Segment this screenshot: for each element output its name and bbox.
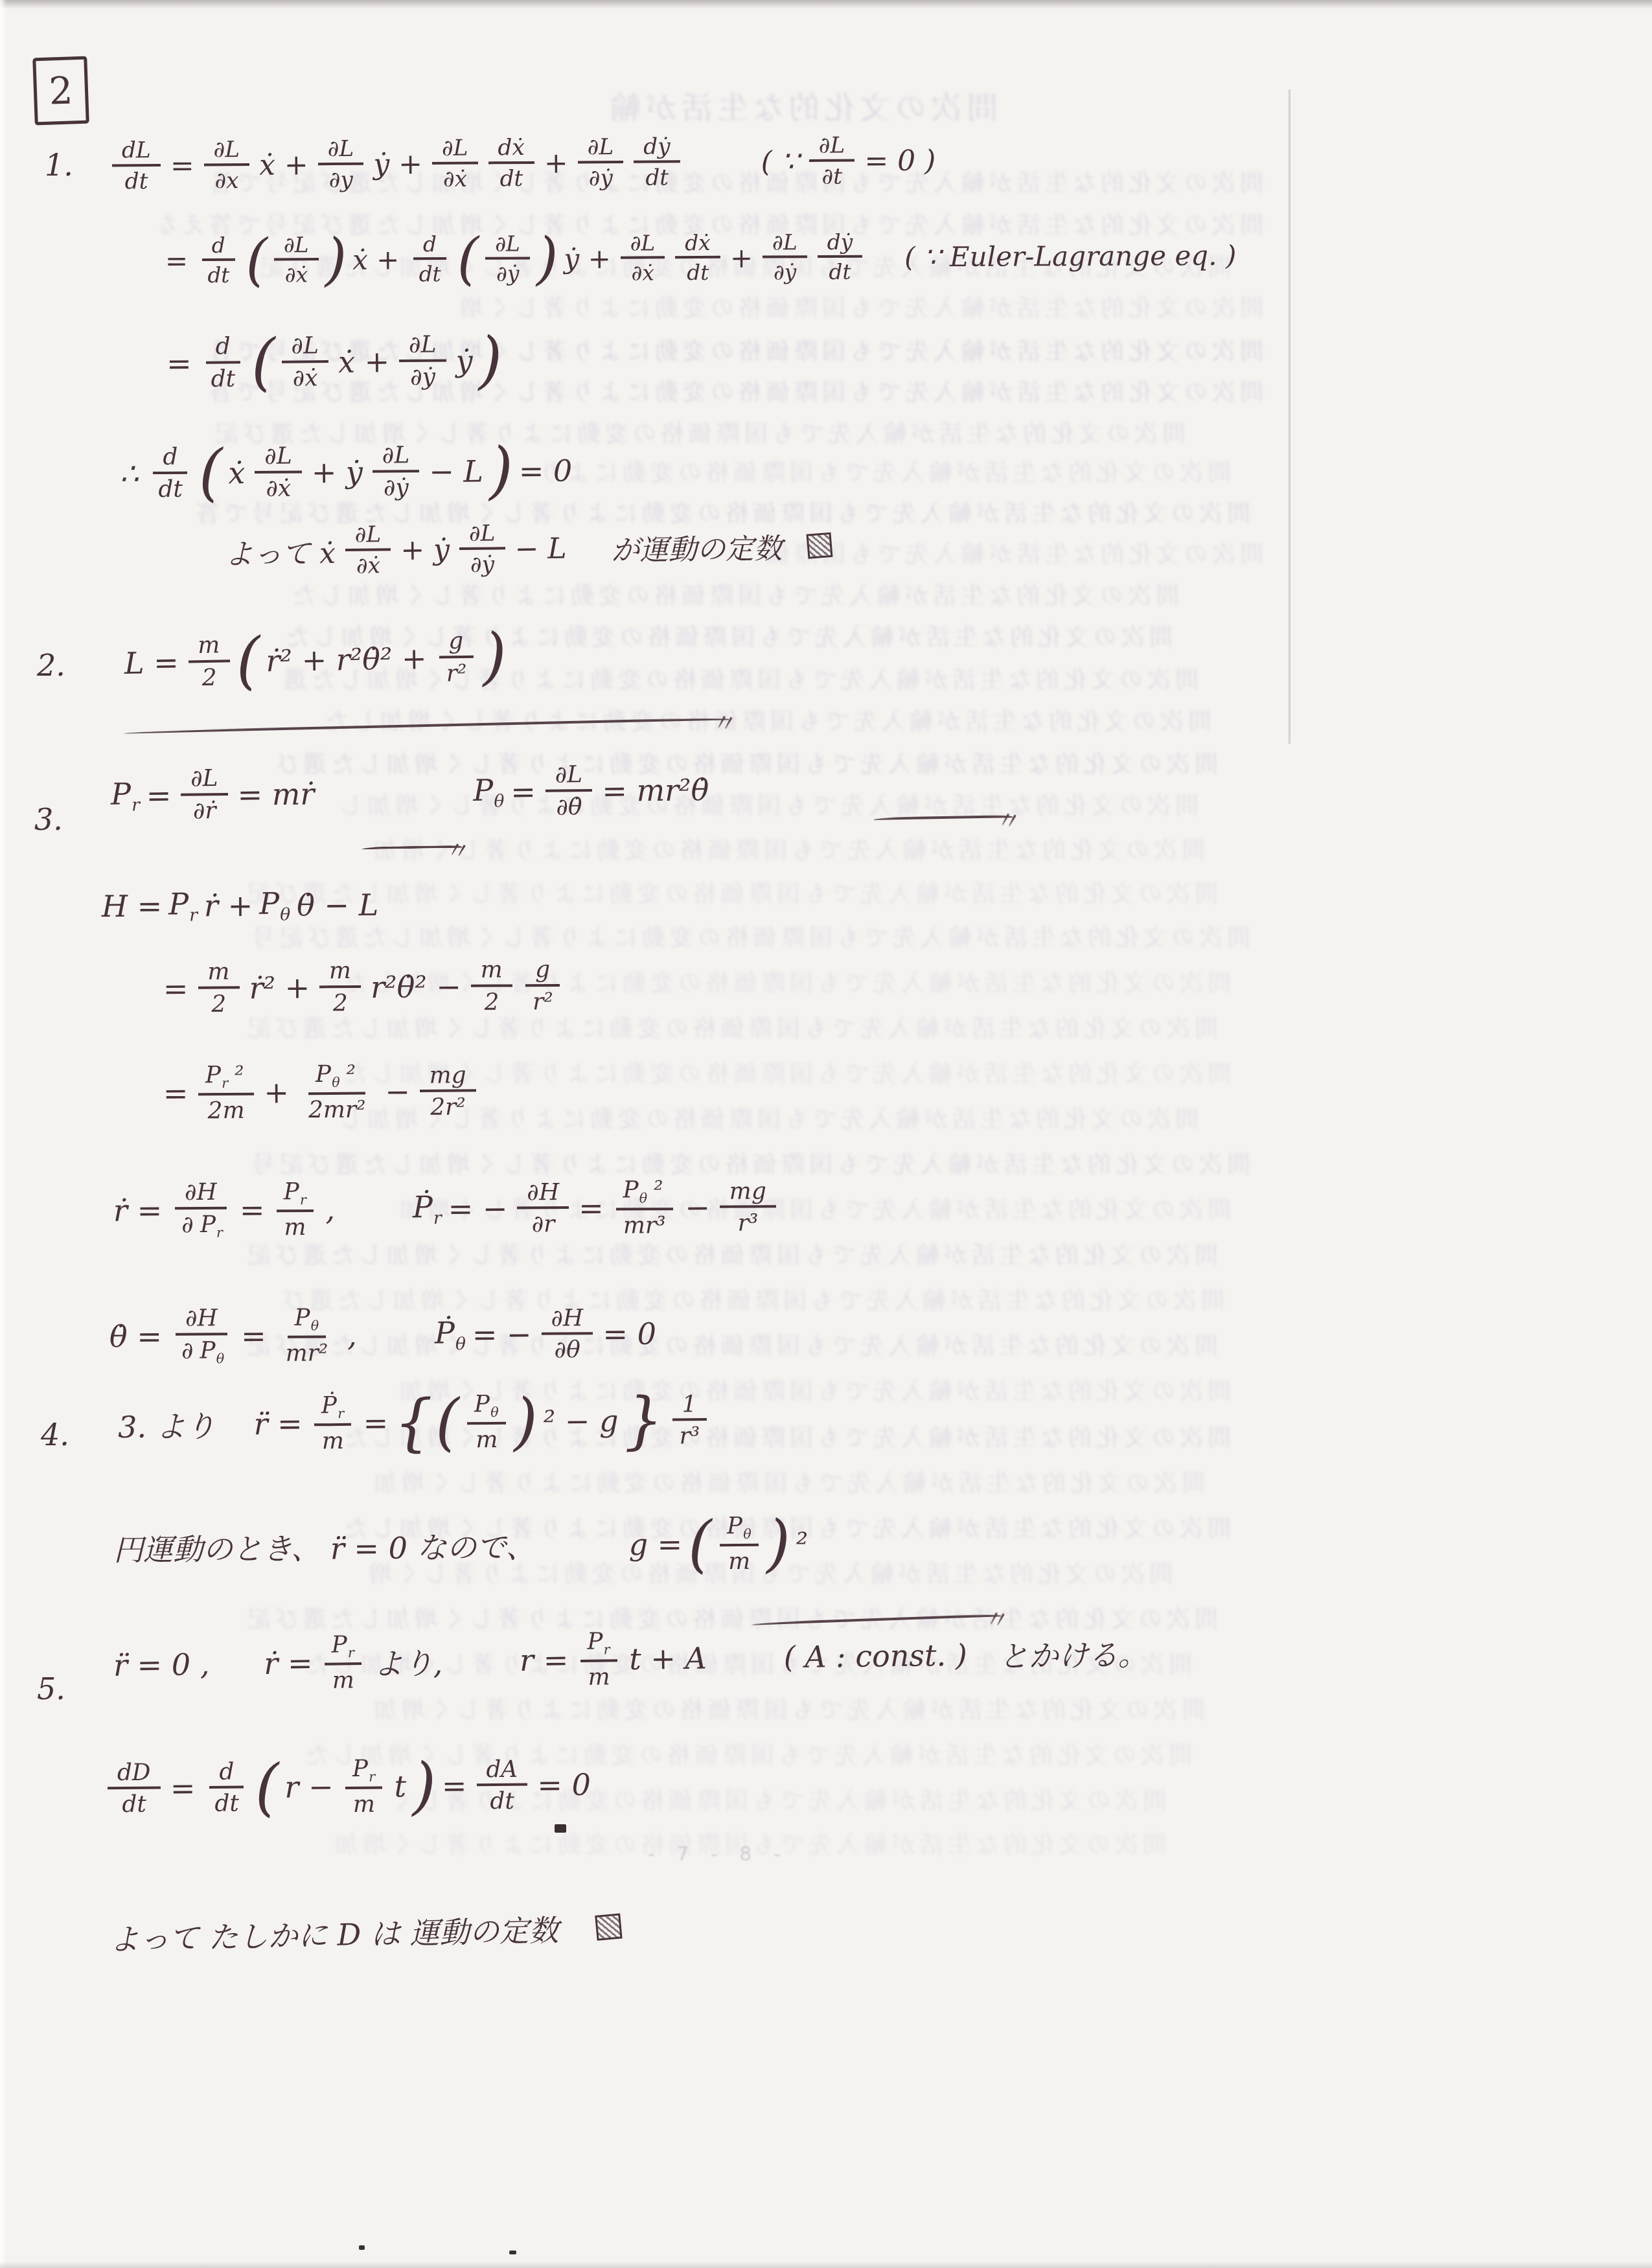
subscript: r bbox=[216, 1225, 223, 1241]
numerator: ∂L bbox=[345, 523, 391, 551]
text: mr³ bbox=[623, 1213, 666, 1238]
numerator: Pr bbox=[324, 1632, 361, 1666]
text: m bbox=[198, 634, 220, 658]
text: ∂L bbox=[819, 134, 845, 157]
text: = bbox=[241, 1318, 266, 1353]
text: ∂L bbox=[328, 137, 354, 161]
denominator: dt bbox=[409, 260, 450, 286]
text: ∂ẏ bbox=[496, 263, 520, 286]
denominator: ∂θ̇ bbox=[546, 792, 592, 819]
text: ( ∵ Euler-Lagrange eq. ) bbox=[904, 240, 1236, 273]
subscript: θ bbox=[280, 905, 290, 925]
spacer bbox=[447, 1661, 515, 1662]
scan-speck bbox=[555, 1824, 566, 1833]
text: ∂L bbox=[382, 443, 410, 468]
text: r³ bbox=[738, 1211, 759, 1236]
text: = bbox=[163, 971, 189, 1006]
text: = mr²θ̇ bbox=[602, 772, 709, 808]
denominator: ∂x bbox=[205, 166, 248, 192]
bracket: ) bbox=[412, 1761, 436, 1811]
denominator: dt bbox=[480, 1786, 524, 1814]
scan-speck bbox=[359, 2245, 365, 2250]
subscripted-symbol: Pr bbox=[200, 1212, 223, 1240]
text: t + A bbox=[629, 1641, 707, 1677]
fraction: ∂L∂ẏ bbox=[485, 233, 530, 285]
equation-line: L =m2(ṙ² + r²θ̇² +gr²) bbox=[119, 628, 508, 692]
fraction: ∂L∂θ̇ bbox=[545, 762, 593, 819]
item-number-label: 3. bbox=[30, 802, 67, 837]
text: d bbox=[219, 1759, 234, 1784]
numerator: d bbox=[153, 445, 187, 474]
text: 2mr² bbox=[308, 1098, 366, 1123]
subscripted-symbol: Ṗθ bbox=[435, 1316, 466, 1355]
text: 円運動のとき、 r̈ = 0 なので、 bbox=[113, 1524, 536, 1570]
fraction: ∂H∂Pθ bbox=[172, 1306, 232, 1366]
text: = bbox=[511, 774, 536, 809]
fraction: dAdt bbox=[476, 1757, 528, 1814]
numerator: ∂H bbox=[517, 1180, 569, 1209]
numerator: ∂L bbox=[763, 231, 807, 258]
bracket: ( bbox=[688, 1519, 712, 1569]
bleedthrough-text: 問次の文化的な生活が輸 bbox=[583, 83, 998, 128]
fraction: ∂L∂ẋ bbox=[274, 234, 319, 286]
numerator: Pθ bbox=[720, 1514, 759, 1546]
spacer bbox=[214, 1664, 259, 1664]
fraction: ∂L∂ẏ bbox=[399, 332, 446, 389]
text: − L bbox=[429, 453, 483, 489]
text: ∂ẋ bbox=[356, 554, 380, 577]
fraction: dLdt bbox=[112, 139, 161, 194]
text: ∂L bbox=[442, 137, 468, 160]
subscript: θ bbox=[332, 1075, 340, 1090]
text: dD bbox=[117, 1760, 151, 1785]
text: ∂L bbox=[190, 766, 218, 791]
text: dt bbox=[419, 263, 441, 286]
text: ∂L bbox=[213, 138, 240, 161]
text: ẋ bbox=[228, 455, 245, 490]
numerator: ∂L bbox=[459, 521, 505, 550]
spacer bbox=[685, 162, 757, 163]
fraction: ∂L∂ẋ bbox=[255, 444, 302, 501]
denominator: dt bbox=[819, 258, 860, 284]
fraction: ∂L∂ẋ bbox=[281, 334, 328, 391]
denominator: dt bbox=[198, 261, 239, 287]
text: = 0 ) bbox=[864, 144, 935, 178]
text: m bbox=[588, 1665, 610, 1690]
text: ẋ + bbox=[352, 244, 399, 275]
fraction: Pθm bbox=[718, 1514, 761, 1574]
text: ( ∵ bbox=[761, 145, 800, 178]
text: dt bbox=[211, 367, 236, 391]
denominator: ∂Pr bbox=[172, 1209, 230, 1240]
fraction: ddt bbox=[409, 233, 451, 286]
text: ṙ = bbox=[264, 1645, 313, 1681]
text: ² bbox=[654, 1178, 663, 1202]
numerator: d bbox=[205, 334, 240, 363]
numerator: Pθ² bbox=[615, 1178, 672, 1210]
text: ∂L bbox=[409, 333, 437, 358]
numerator: dẏ bbox=[634, 135, 680, 163]
denominator: ∂t bbox=[812, 161, 852, 188]
problem-number-box: 2 bbox=[32, 56, 89, 126]
fraction: ∂L∂ẏ bbox=[578, 135, 624, 190]
denominator: dt bbox=[148, 474, 192, 501]
spacer bbox=[319, 792, 471, 794]
text: r² bbox=[533, 990, 553, 1014]
text: mg bbox=[729, 1179, 766, 1204]
scan-shadow-bottom bbox=[0, 2262, 1652, 2268]
text: ẏ bbox=[455, 343, 472, 378]
fraction: mg2r² bbox=[420, 1063, 477, 1120]
bleedthrough-text: 問次の文化的な生活が輸入先でも国際価格の変動により著しく増加 bbox=[363, 1692, 1205, 1725]
denominator: ∂θ bbox=[544, 1335, 590, 1363]
fraction: Pθmr² bbox=[275, 1305, 338, 1366]
equation-line: dLdt=∂L∂xẋ +∂L∂yẏ +∂L∂ẋdẋdt+∂L∂ẏdẏdt( ∵∂… bbox=[107, 133, 941, 194]
text: 2 bbox=[485, 990, 499, 1014]
text: r² bbox=[446, 661, 467, 686]
equation-line: よって ẋ∂L∂ẋ+ ẏ∂L∂ẏ− Lが運動の定数 bbox=[220, 518, 832, 579]
denominator: ∂Pθ bbox=[172, 1335, 231, 1366]
text: = bbox=[165, 245, 188, 277]
text: + bbox=[264, 1075, 289, 1110]
text: ∂t bbox=[821, 165, 842, 189]
fraction: 1r³ bbox=[669, 1392, 709, 1449]
text: ( A : const. ) bbox=[783, 1638, 967, 1675]
subscripted-symbol: Pθ bbox=[259, 886, 290, 925]
text: ∂θ̇ bbox=[556, 795, 582, 819]
numerator: ∂L bbox=[809, 133, 855, 162]
subscript: θ bbox=[216, 1351, 225, 1366]
fraction: ddt bbox=[201, 334, 245, 391]
text: ² bbox=[235, 1063, 244, 1088]
text: m bbox=[332, 1668, 354, 1693]
fraction: ∂L∂ẋ bbox=[432, 136, 478, 191]
text: t bbox=[394, 1769, 406, 1804]
scanned-page: 問次の文化的な生活が輸問次の文化的な生活が輸入先でも国際価格の変動により著しく増… bbox=[0, 0, 1652, 2268]
text: ∂ẋ bbox=[266, 476, 291, 501]
text: = bbox=[240, 1193, 265, 1228]
fraction: Prm bbox=[322, 1632, 364, 1693]
text: g bbox=[448, 629, 464, 654]
fraction: Prm bbox=[274, 1180, 316, 1240]
text: H = bbox=[102, 889, 163, 924]
text: ∂L bbox=[284, 234, 309, 257]
text: が運動の定数 bbox=[611, 525, 783, 569]
text: − bbox=[385, 1074, 410, 1109]
text: L = bbox=[124, 645, 179, 680]
page-number: - 7 - 8 - bbox=[648, 1843, 788, 1866]
bleedthrough-text: 問次の文化的な生活が輸入先でも国際価格の変動により著しく増加した選び記号 bbox=[246, 920, 1250, 953]
numerator: ∂L bbox=[274, 234, 319, 261]
subscript: θ bbox=[639, 1191, 648, 1206]
numerator: g bbox=[525, 957, 560, 987]
bracket: { bbox=[394, 1398, 433, 1448]
denominator: ∂ẋ bbox=[275, 260, 318, 286]
text: + bbox=[544, 146, 568, 179]
fraction: Pθm bbox=[466, 1392, 508, 1452]
denominator: ∂ẋ bbox=[621, 259, 664, 285]
fraction: ∂H∂Pr bbox=[172, 1180, 230, 1241]
numerator: Pr² bbox=[198, 1063, 254, 1096]
text: ∂L bbox=[772, 231, 797, 254]
text: ∂H bbox=[551, 1306, 583, 1331]
text: r = bbox=[520, 1643, 569, 1678]
subscript: θ bbox=[490, 1404, 499, 1420]
text: d bbox=[212, 235, 225, 257]
text: とかける。 bbox=[998, 1632, 1148, 1677]
subscript: r bbox=[369, 1769, 375, 1785]
fraction: ∂L∂ẋ bbox=[345, 523, 391, 578]
text: − bbox=[685, 1190, 710, 1225]
text: 5. bbox=[37, 1671, 65, 1706]
numerator: ∂L bbox=[281, 334, 328, 363]
text: ∂L bbox=[555, 762, 582, 787]
text: m bbox=[728, 1550, 750, 1574]
text: r̈ = 0 , bbox=[113, 1647, 210, 1683]
equation-line: 円運動のとき、 r̈ = 0 なので、g =(Pθm)² bbox=[109, 1513, 813, 1578]
text: 1 bbox=[682, 1392, 697, 1417]
numerator: Pθ bbox=[287, 1305, 326, 1338]
subscript: θ bbox=[494, 791, 504, 811]
numerator: g bbox=[439, 629, 474, 659]
denominator: m bbox=[343, 1789, 385, 1817]
text: d bbox=[215, 334, 230, 359]
text: ∂ẏ bbox=[410, 365, 435, 389]
text: より, bbox=[373, 1640, 442, 1684]
fraction: ∂L∂ṙ bbox=[181, 766, 228, 823]
denominator: r³ bbox=[670, 1421, 710, 1449]
text: m bbox=[353, 1793, 375, 1817]
numerator: m bbox=[198, 959, 239, 989]
fraction: Pr²2m bbox=[198, 1063, 254, 1123]
text: ∂L bbox=[264, 444, 292, 469]
numerator: m bbox=[319, 959, 361, 988]
numerator: ∂H bbox=[541, 1306, 593, 1335]
bleedthrough-text: 問次の文化的な生活が輸入先でも国際価格の変動により著しく増 bbox=[453, 290, 1263, 323]
numerator: d bbox=[202, 235, 235, 262]
numerator: Ṗr bbox=[314, 1393, 352, 1426]
denominator: dt bbox=[112, 1789, 156, 1817]
scan-highlight-left bbox=[0, 0, 6, 2268]
equation-line: =ddt(∂L∂ẋẋ +∂L∂ẏẏ) bbox=[162, 332, 504, 392]
numerator: m bbox=[471, 957, 512, 987]
spacer bbox=[361, 1335, 433, 1336]
denominator: m bbox=[312, 1426, 354, 1454]
text: ∂ẏ bbox=[774, 262, 797, 284]
numerator: Pr bbox=[345, 1757, 383, 1790]
fraction: gr² bbox=[523, 957, 563, 1014]
text: dt bbox=[687, 262, 709, 284]
text: ṙ = bbox=[113, 1193, 162, 1228]
text: ∂H bbox=[527, 1180, 559, 1205]
text: dt bbox=[829, 261, 851, 284]
text: ẋ + bbox=[338, 344, 390, 380]
numerator: Pr bbox=[277, 1180, 314, 1212]
text: ∂H bbox=[185, 1180, 217, 1205]
text: − L bbox=[514, 532, 567, 566]
subscripted-symbol: Pr bbox=[111, 776, 140, 816]
numerator: mg bbox=[720, 1179, 776, 1208]
text: ∂L bbox=[469, 521, 496, 545]
subscripted-symbol: Pθ bbox=[474, 1392, 499, 1420]
bracket: ) bbox=[325, 237, 347, 282]
text: = bbox=[579, 1191, 604, 1226]
subscripted-symbol: Pθ bbox=[315, 1062, 340, 1090]
qed-box bbox=[595, 1914, 623, 1941]
text: = bbox=[146, 778, 171, 813]
spacer bbox=[711, 1658, 779, 1658]
numerator: d bbox=[209, 1759, 244, 1789]
denominator: 2 bbox=[323, 988, 358, 1016]
fraction: ∂L∂x bbox=[203, 138, 249, 193]
numerator: Pθ² bbox=[308, 1062, 365, 1095]
fraction: mgr³ bbox=[720, 1179, 776, 1236]
denominator: mr³ bbox=[614, 1210, 676, 1238]
numerator: ∂L bbox=[181, 766, 228, 796]
text: = bbox=[363, 1406, 388, 1441]
numerator: dL bbox=[112, 139, 161, 167]
bleedthrough-text: 問次の文化的な生活が輸入先でも国際価格の変動により著しく増加した選び記 bbox=[246, 1011, 1218, 1044]
text: g bbox=[535, 957, 550, 982]
qed-box bbox=[806, 533, 832, 559]
fraction: ∂L∂t bbox=[809, 133, 855, 189]
text: m bbox=[481, 957, 503, 982]
text: m bbox=[207, 959, 229, 984]
item-number-label: 4. bbox=[36, 1417, 74, 1452]
text: r³ bbox=[680, 1424, 700, 1449]
spacer bbox=[339, 1209, 411, 1210]
fraction: Pθ²2mr² bbox=[299, 1062, 376, 1122]
numerator: dẏ bbox=[818, 231, 863, 258]
fraction: Prm bbox=[343, 1757, 385, 1817]
item-number-label: 2. bbox=[32, 648, 70, 683]
text: d bbox=[423, 233, 437, 255]
numerator: ∂L bbox=[318, 137, 364, 166]
text: ∂ẋ bbox=[285, 264, 308, 287]
fraction: dẋdt bbox=[488, 136, 534, 191]
text: , bbox=[325, 1192, 335, 1227]
problem-number: 2 bbox=[48, 68, 73, 113]
text: よって ẋ bbox=[225, 530, 336, 573]
text: r̈ = bbox=[253, 1406, 303, 1442]
text: ∂x bbox=[214, 169, 238, 192]
numerator: mg bbox=[420, 1063, 476, 1092]
equation-line: ∴ddt(ẋ∂L∂ẋ+ ẏ∂L∂ẏ− L)= 0 bbox=[115, 442, 577, 502]
fraction: m2 bbox=[188, 633, 231, 690]
denominator: 2 bbox=[192, 662, 227, 691]
fraction: m2 bbox=[198, 959, 240, 1016]
text: + ẏ bbox=[312, 454, 363, 490]
denominator: dt bbox=[115, 166, 158, 193]
text: = mṙ bbox=[237, 776, 314, 812]
text: ∂y bbox=[329, 168, 353, 192]
subscript: θ bbox=[311, 1318, 319, 1334]
numerator: d bbox=[413, 233, 446, 260]
text: dt bbox=[214, 1792, 239, 1816]
denominator: m bbox=[578, 1662, 620, 1690]
bleedthrough-text: 問次の文化的な生活が輸入先でも国際価格の変動により著しく増加した選び記 bbox=[246, 1237, 1218, 1270]
denominator: ∂y bbox=[319, 165, 363, 192]
denominator: ∂ẏ bbox=[579, 163, 623, 190]
text: ∂ẏ bbox=[384, 475, 409, 500]
text: ∴ bbox=[120, 456, 139, 491]
subscripted-symbol: Pθ bbox=[473, 772, 505, 812]
denominator: ∂ẋ bbox=[347, 551, 391, 578]
subscript: θ bbox=[455, 1334, 466, 1355]
subscripted-symbol: Pθ bbox=[200, 1338, 224, 1366]
equation-line: H =Prṙ +Pθθ̇ − L bbox=[97, 886, 383, 926]
equation-line: dDdt=ddt(r −Prmt)=dAdt= 0 bbox=[102, 1755, 596, 1819]
fraction: ∂L∂ẏ bbox=[459, 521, 505, 577]
equation-line: θ̇ =∂H∂Pθ=Pθmr²,Ṗθ= −∂H∂θ= 0 bbox=[105, 1304, 661, 1367]
text: ∂L bbox=[354, 523, 381, 546]
bracket: ) bbox=[514, 1397, 538, 1447]
text: 1. bbox=[45, 148, 73, 183]
subscript: r bbox=[189, 906, 198, 926]
numerator: dD bbox=[108, 1760, 161, 1789]
equation-line: =Pr²2m+Pθ²2mr²−mg2r² bbox=[159, 1061, 481, 1123]
text: ² bbox=[346, 1062, 356, 1087]
numerator: m bbox=[188, 633, 230, 663]
text: ² bbox=[796, 1526, 809, 1561]
bleedthrough-text: 問次の文化的な生活が輸入先でも国際価格の変動により著しく増加した選び記号 bbox=[246, 1147, 1250, 1180]
bleedthrough-text: 問次の文化的な生活が輸入先でも国際価格の変動により著しく増加した選び記 bbox=[246, 876, 1218, 909]
subscripted-symbol: Pθ bbox=[727, 1514, 751, 1542]
numerator: 1 bbox=[672, 1392, 707, 1421]
equation-line: ṙ =∂H∂Pr=Prm,Ṗr= −∂H∂r=Pθ²mr³−mgr³ bbox=[109, 1177, 781, 1241]
text: ∂ bbox=[181, 1338, 194, 1363]
bracket: ( bbox=[255, 1763, 279, 1813]
text: 4. bbox=[41, 1417, 69, 1452]
text: 3. より bbox=[118, 1403, 216, 1447]
text: ṙ² + bbox=[249, 970, 310, 1005]
bracket: ( bbox=[246, 238, 268, 283]
text: θ̇ = bbox=[109, 1319, 162, 1354]
subscripted-symbol: Pr bbox=[284, 1180, 306, 1208]
equation-line: Pr=∂L∂ṙ= mṙPθ=∂L∂θ̇= mr²θ̇ bbox=[109, 761, 714, 824]
bracket: ) bbox=[478, 336, 502, 385]
denominator: ∂r bbox=[522, 1209, 565, 1237]
fraction: ∂L∂ẏ bbox=[373, 443, 420, 500]
denominator: ∂ẏ bbox=[487, 260, 529, 286]
text: = − bbox=[448, 1191, 508, 1226]
fraction: m2 bbox=[319, 959, 361, 1016]
text: ∂r bbox=[532, 1212, 555, 1237]
equation-line: =m2ṙ² +m2r²θ̇² −m2gr² bbox=[159, 957, 568, 1017]
fraction: ∂H∂r bbox=[517, 1180, 569, 1237]
denominator: r³ bbox=[728, 1208, 768, 1236]
numerator: dA bbox=[476, 1757, 527, 1786]
text: dt bbox=[499, 167, 523, 190]
denominator: dt bbox=[201, 363, 246, 391]
text: = − bbox=[472, 1317, 532, 1352]
text: m bbox=[284, 1215, 306, 1240]
item-number-label: 5. bbox=[32, 1671, 70, 1706]
subscript: r bbox=[348, 1645, 354, 1660]
fraction: ∂L∂y bbox=[318, 137, 364, 192]
fraction: Pθ²mr³ bbox=[614, 1178, 676, 1238]
denominator: dt bbox=[636, 163, 678, 189]
text: dẏ bbox=[827, 231, 853, 254]
bracket: } bbox=[624, 1396, 663, 1446]
text: dẋ bbox=[498, 136, 525, 159]
bracket: ) bbox=[489, 446, 513, 496]
bracket: ( bbox=[236, 636, 260, 687]
fraction: dDdt bbox=[108, 1760, 161, 1817]
bracket: ( bbox=[435, 1397, 459, 1447]
text: dL bbox=[122, 139, 151, 162]
text: + bbox=[730, 242, 753, 273]
